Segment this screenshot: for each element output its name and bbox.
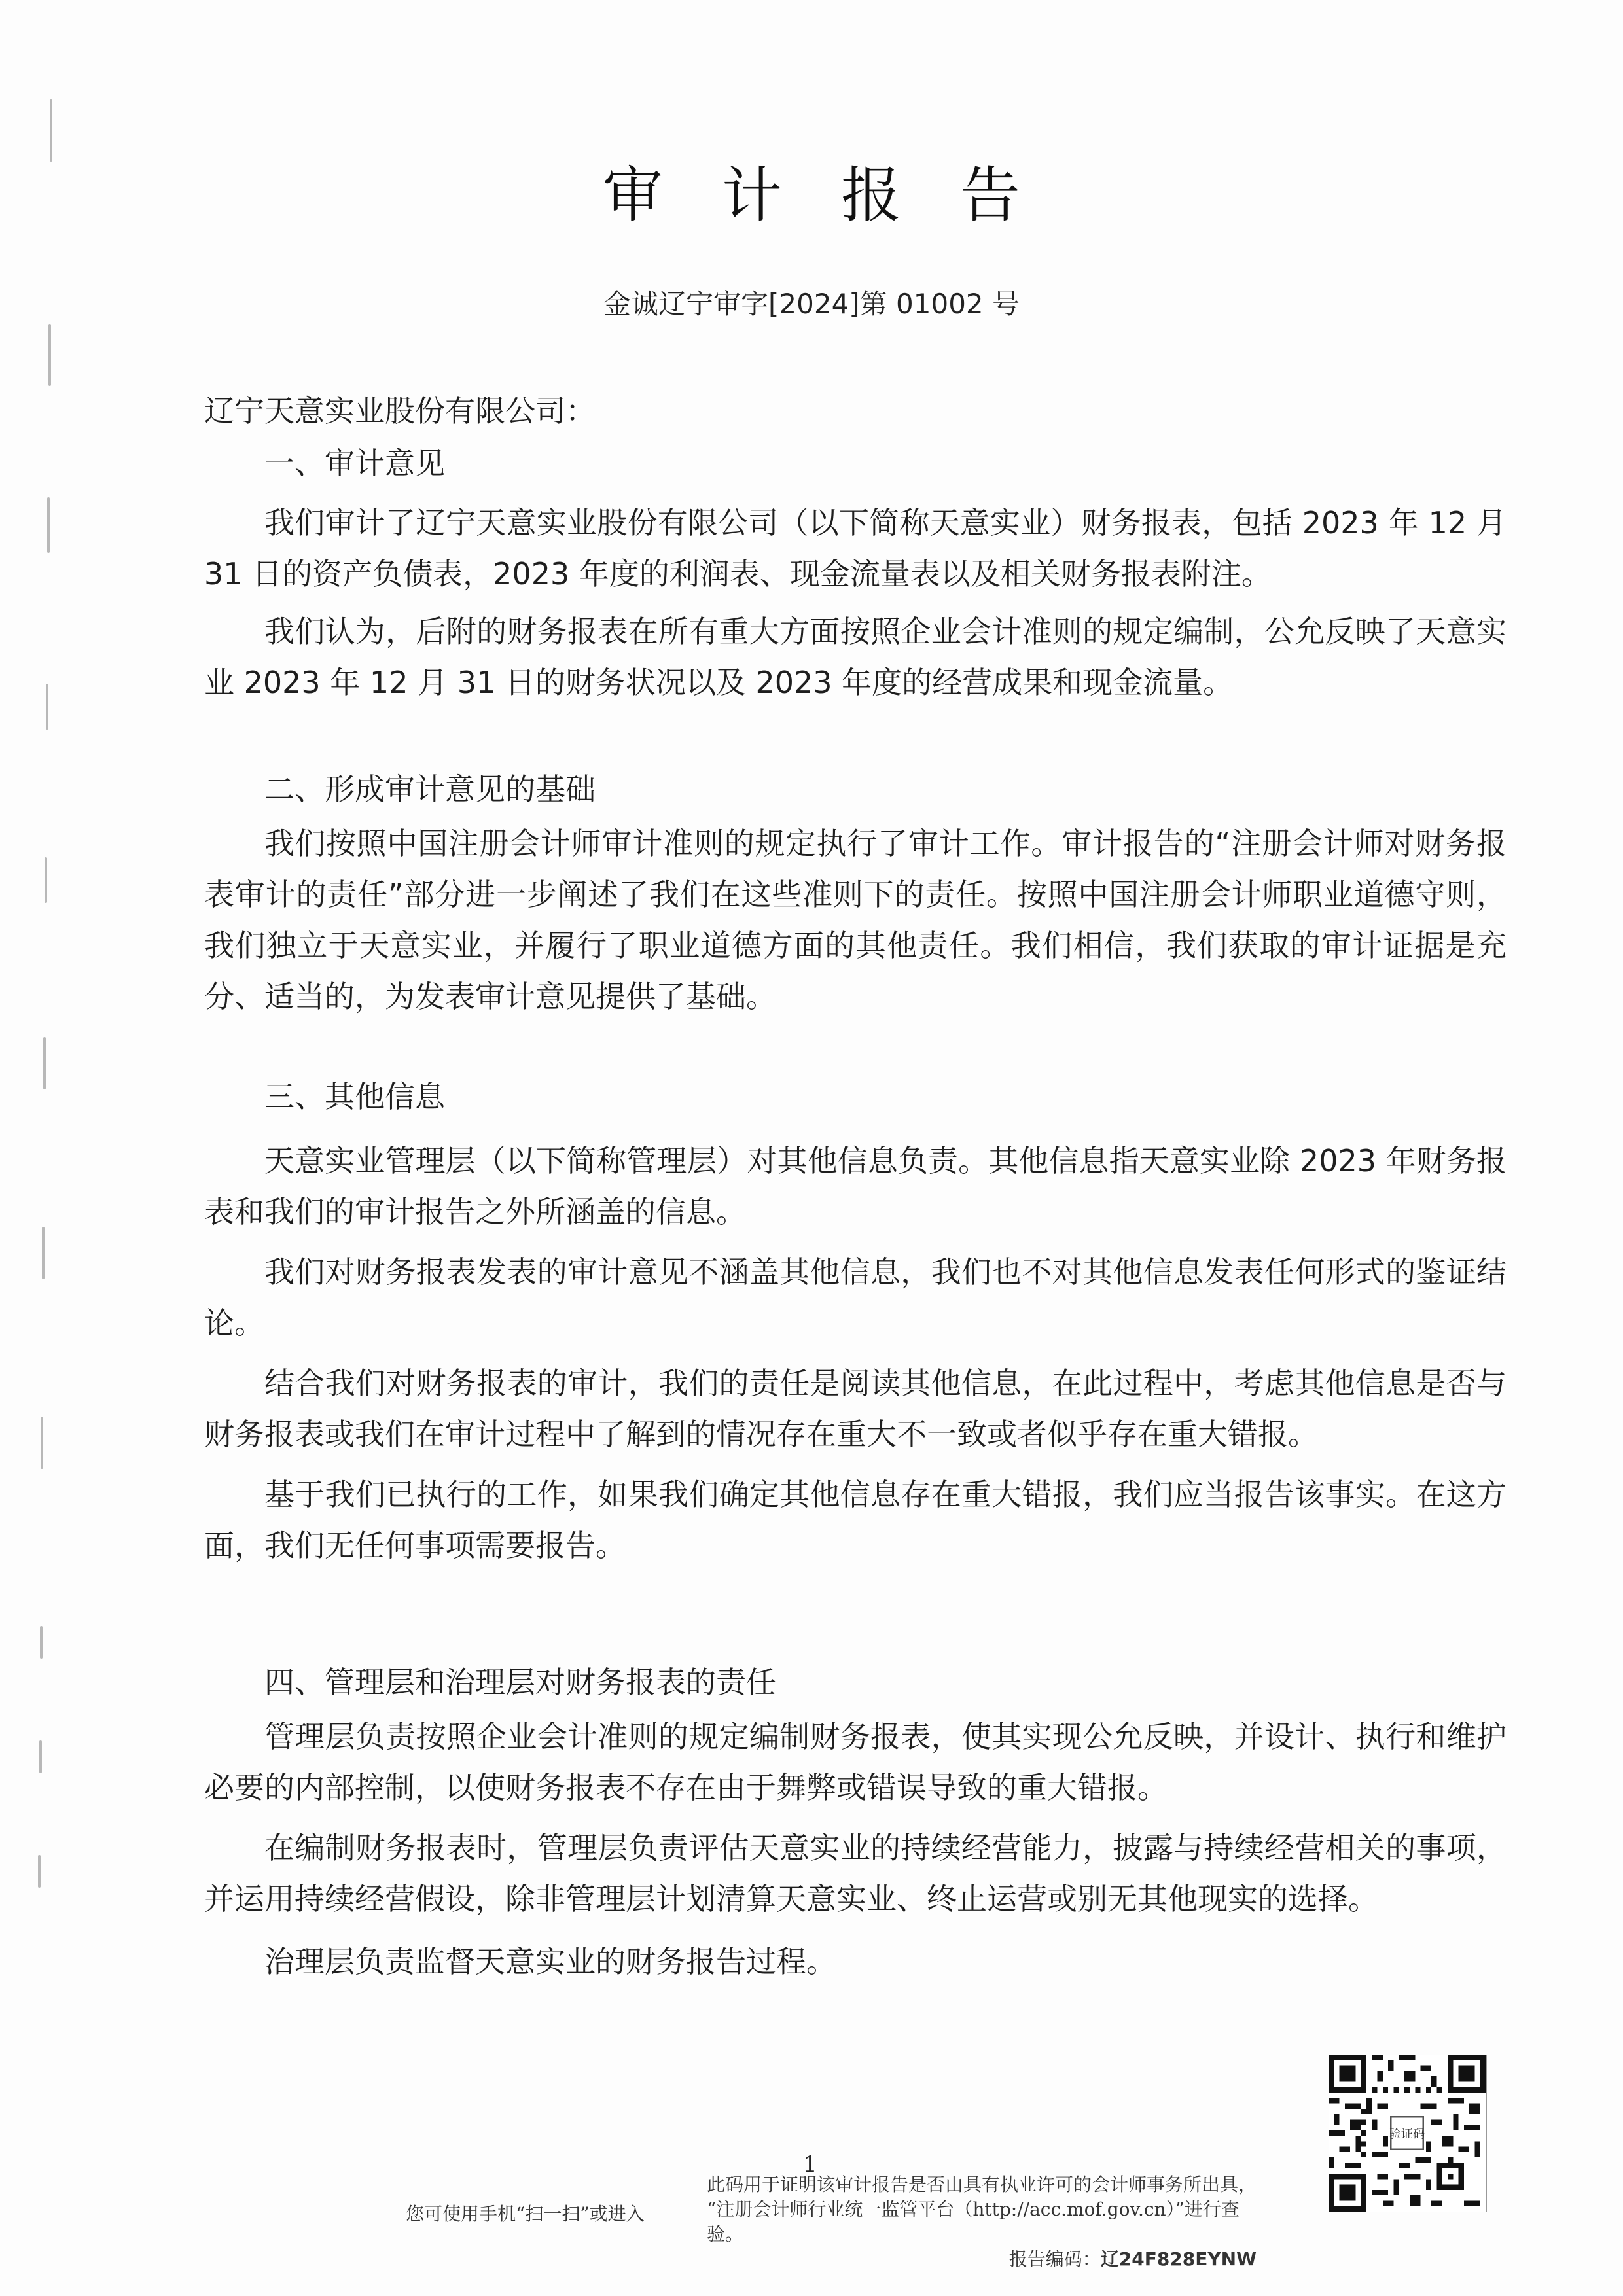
section-body: 我们按照中国注册会计师审计准则的规定执行了审计工作。审计报告的“注册会计师对财务… — [204, 818, 1507, 1022]
paragraph: 天意实业管理层（以下简称管理层）对其他信息负责。其他信息指天意实业除 2023 … — [204, 1135, 1507, 1237]
section-body: 我们审计了辽宁天意实业股份有限公司（以下简称天意实业）财务报表，包括 2023 … — [204, 497, 1507, 708]
report-code: 报告编码：辽24F828EYNW — [707, 2247, 1270, 2272]
paragraph: 我们按照中国注册会计师审计准则的规定执行了审计工作。审计报告的“注册会计师对财务… — [204, 818, 1507, 1022]
footer-verify-line2: “注册会计师行业统一监管平台（http://acc.mof.gov.cn）”进行… — [707, 2197, 1270, 2247]
report-title: 审计报告 — [0, 147, 1623, 234]
paragraph: 我们对财务报表发表的审计意见不涵盖其他信息，我们也不对其他信息发表任何形式的鉴证… — [204, 1246, 1507, 1349]
binding-mark — [43, 1037, 46, 1089]
paragraph: 结合我们对财务报表的审计，我们的责任是阅读其他信息，在此过程中，考虑其他信息是否… — [204, 1358, 1507, 1460]
section-heading: 一、审计意见 — [264, 440, 445, 483]
section-body: 天意实业管理层（以下简称管理层）对其他信息负责。其他信息指天意实业除 2023 … — [204, 1135, 1507, 1571]
addressee: 辽宁天意实业股份有限公司： — [204, 387, 596, 431]
document-page: 审计报告 金诚辽宁审字[2024]第 01002 号 辽宁天意实业股份有限公司：… — [0, 0, 1623, 2296]
binding-mark — [39, 1740, 42, 1773]
binding-mark — [48, 324, 51, 386]
binding-mark — [45, 857, 47, 903]
footer-scan-hint: 您可使用手机“扫一扫”或进入 — [406, 2200, 645, 2226]
paragraph: 我们认为，后附的财务报表在所有重大方面按照企业会计准则的规定编制，公允反映了天意… — [204, 606, 1507, 708]
qr-code-graphic: 验证码 — [1329, 2055, 1486, 2212]
binding-mark — [42, 1227, 45, 1279]
section-heading: 二、形成审计意见的基础 — [264, 766, 596, 809]
binding-mark — [46, 684, 48, 730]
binding-mark — [40, 1626, 43, 1659]
footer-verification: 此码用于证明该审计报告是否由具有执业许可的会计师事务所出具， “注册会计师行业统… — [707, 2172, 1270, 2272]
section-heading: 三、其他信息 — [264, 1073, 445, 1116]
report-code-value: 辽24F828EYNW — [1101, 2248, 1257, 2270]
paragraph: 我们审计了辽宁天意实业股份有限公司（以下简称天意实业）财务报表，包括 2023 … — [204, 497, 1507, 599]
paragraph: 在编制财务报表时，管理层负责评估天意实业的持续经营能力，披露与持续经营相关的事项… — [204, 1822, 1507, 1924]
paragraph: 基于我们已执行的工作，如果我们确定其他信息存在重大错报，我们应当报告该事实。在这… — [204, 1469, 1507, 1571]
qr-code-icon[interactable]: 验证码 — [1329, 2055, 1487, 2212]
report-code-label: 报告编码： — [1009, 2248, 1101, 2270]
binding-mark — [47, 497, 50, 553]
qr-center-label: 验证码 — [1389, 2127, 1425, 2141]
document-number: 金诚辽宁审字[2024]第 01002 号 — [0, 283, 1623, 322]
footer-verify-line1: 此码用于证明该审计报告是否由具有执业许可的会计师事务所出具， — [707, 2172, 1270, 2197]
paragraph: 治理层负责监督天意实业的财务报告过程。 — [204, 1936, 1507, 1987]
paragraph: 管理层负责按照企业会计准则的规定编制财务报表，使其实现公允反映，并设计、执行和维… — [204, 1711, 1507, 1813]
binding-mark — [38, 1855, 41, 1888]
section-body: 管理层负责按照企业会计准则的规定编制财务报表，使其实现公允反映，并设计、执行和维… — [204, 1711, 1507, 1987]
section-heading: 四、管理层和治理层对财务报表的责任 — [264, 1659, 776, 1702]
binding-mark — [41, 1417, 43, 1469]
